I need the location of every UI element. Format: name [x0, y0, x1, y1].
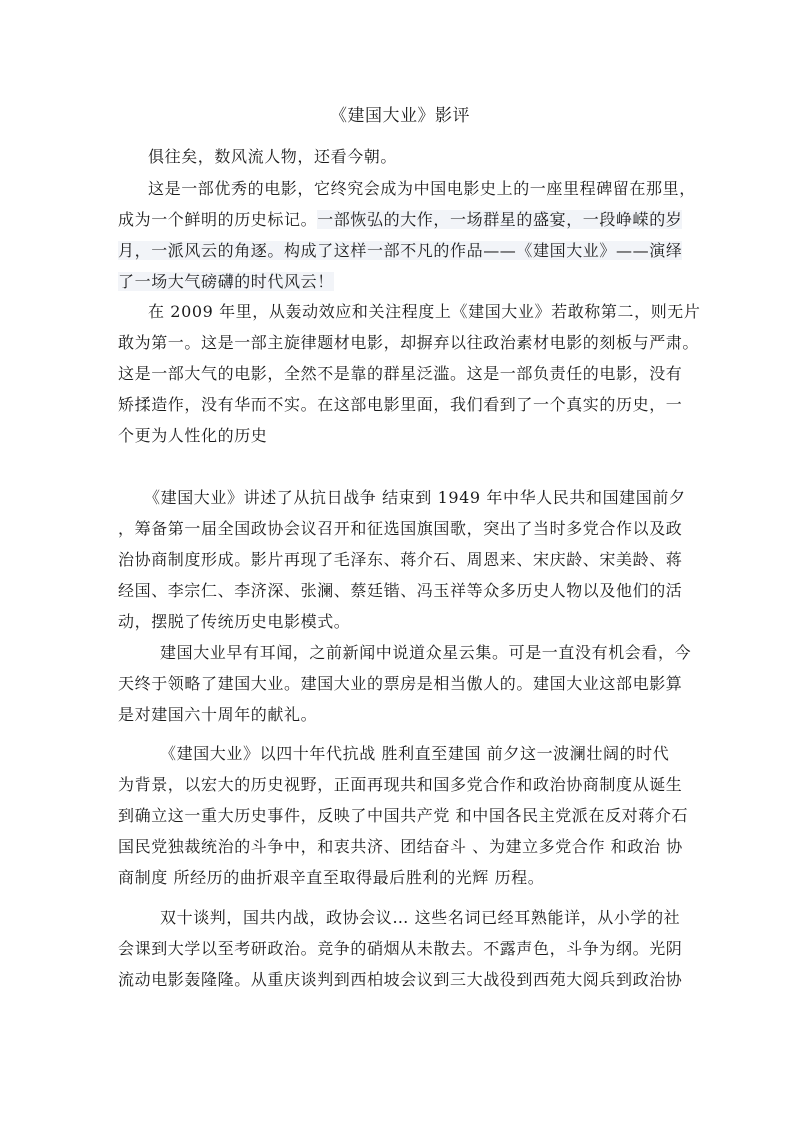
text-line: 《建国大业》讲述了从抗日战争 结束到 1949 年中华人民共和国建国前夕: [118, 482, 680, 513]
paragraph-impression: 建国大业早有耳闻，之前新闻中说道众星云集。可是一直没有机会看，今 天终于领略了建…: [118, 637, 680, 730]
paragraph-opening-line: 俱往矣，数风流人物，还看今朝。: [118, 141, 680, 172]
highlighted-text: 一部恢弘的大作，一场群星的盛宴，一段峥嵘的岁: [317, 210, 682, 229]
text-line: 俱往矣，数风流人物，还看今朝。: [148, 141, 680, 172]
highlighted-text: 了一场大气磅礴的时代风云！: [118, 272, 334, 291]
text-line: 到确立这一重大历史事件，反映了中国共产党 和中国各民主党派在反对蒋介石: [118, 800, 680, 831]
text-line: 敢为第一。这是一部主旋律题材电影，却摒弃以往政治素材电影的刻板与严肃。: [118, 327, 680, 358]
text-line: 个更为人性化的历史: [118, 420, 680, 451]
text-line: 这是一部优秀的电影，它终究会成为中国电影史上的一座里程碑留在那里，: [118, 173, 680, 204]
text-line: 这是一部大气的电影，全然不是靠的群星泛滥。这是一部负责任的电影，没有: [118, 358, 680, 389]
text-line: 会课到大学以至考研政治。竞争的硝烟从未散去。不露声色，斗争为纲。光阴: [118, 933, 680, 964]
text-line: 经国、李宗仁、李济深、张澜、蔡廷锴、冯玉祥等众多历史人物以及他们的活: [118, 575, 680, 606]
paragraph-background: 《建国大业》以四十年代抗战 胜利直至建国 前夕这一波澜壮阔的时代 为背景，以宏大…: [118, 738, 680, 893]
text-line: 矫揉造作，没有华而不实。在这部电影里面，我们看到了一个真实的历史，一: [118, 389, 680, 420]
text-line: 是对建国六十周年的献礼。: [118, 699, 680, 730]
paragraph-plot: 《建国大业》讲述了从抗日战争 结束到 1949 年中华人民共和国建国前夕 ，筹备…: [118, 482, 680, 637]
text-line: 流动电影轰隆隆。从重庆谈判到西柏坡会议到三大战役到西苑大阅兵到政治协: [118, 964, 680, 995]
document-title: 《建国大业》影评: [0, 104, 800, 128]
text-line: 建国大业早有耳闻，之前新闻中说道众星云集。可是一直没有机会看，今: [118, 637, 680, 668]
text-line: 商制度 所经历的曲折艰辛直至取得最后胜利的光辉 历程。: [118, 862, 680, 893]
text-line: 为背景，以宏大的历史视野，正面再现共和国多党合作和政治协商制度从诞生: [118, 769, 680, 800]
paragraph-history: 双十谈判，国共内战，政协会议… 这些名词已经耳熟能详，从小学的社 会课到大学以至…: [118, 902, 680, 995]
text-line: 《建国大业》以四十年代抗战 胜利直至建国 前夕这一波澜壮阔的时代: [118, 738, 680, 769]
text-line: 天终于领略了建国大业。建国大业的票房是相当傲人的。建国大业这部电影算: [118, 668, 680, 699]
text-line: ，筹备第一届全国政协会议召开和征选国旗国歌，突出了当时多党合作以及政: [118, 513, 680, 544]
text-segment: 成为一个鲜明的历史标记。: [118, 210, 317, 229]
text-line: 双十谈判，国共内战，政协会议… 这些名词已经耳熟能详，从小学的社: [118, 902, 680, 933]
text-line: 动，摆脱了传统历史电影模式。: [118, 606, 680, 637]
paragraph-2009: 在 2009 年里，从轰动效应和关注程度上《建国大业》若敢称第二，则无片 敢为第…: [118, 296, 680, 451]
paragraph-intro: 这是一部优秀的电影，它终究会成为中国电影史上的一座里程碑留在那里， 成为一个鲜明…: [118, 173, 680, 297]
highlighted-text: 月，一派风云的角逐。构成了这样一部不凡的作品——《建国大业》——演绎: [118, 241, 682, 260]
document-page: 《建国大业》影评 俱往矣，数风流人物，还看今朝。 这是一部优秀的电影，它终究会成…: [0, 0, 800, 1132]
text-line: 治协商制度形成。影片再现了毛泽东、蒋介石、周恩来、宋庆龄、宋美龄、蒋: [118, 544, 680, 575]
text-line: 在 2009 年里，从轰动效应和关注程度上《建国大业》若敢称第二，则无片: [118, 296, 680, 327]
text-line: 国民党独裁统治的斗争中，和衷共济、团结奋斗 、为建立多党合作 和政治 协: [118, 831, 680, 862]
text-line-mixed: 成为一个鲜明的历史标记。一部恢弘的大作，一场群星的盛宴，一段峥嵘的岁: [118, 204, 680, 235]
